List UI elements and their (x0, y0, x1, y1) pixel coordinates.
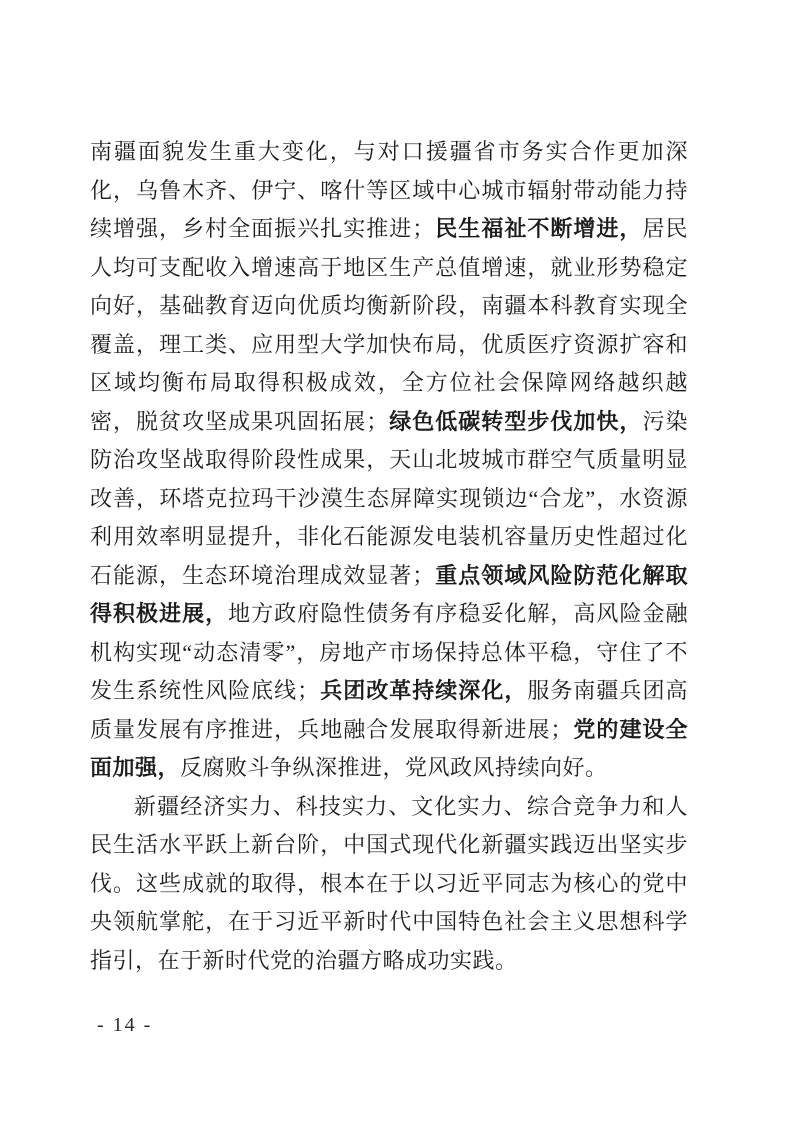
emphasis-run: 兵团改革持续深化， (320, 678, 528, 703)
text-run: 新疆经济实力、科技实力、文化实力、综合竞争力和人民生活水平跃上新台阶，中国式现代… (90, 794, 688, 973)
page-number: - 14 - (97, 1012, 152, 1038)
document-body: 南疆面貌发生重大变化，与对口援疆省市务实合作更加深化，乌鲁木齐、伊宁、喀什等区域… (90, 133, 688, 980)
text-run: 污染防治攻坚战取得阶段性成果，天山北坡城市群空气质量明显改善，环塔克拉玛干沙漠生… (90, 409, 688, 588)
paragraph: 南疆面貌发生重大变化，与对口援疆省市务实合作更加深化，乌鲁木齐、伊宁、喀什等区域… (90, 133, 688, 788)
text-run: 居民人均可支配收入增速高于地区生产总值增速，就业形势稳定向好，基础教育迈向优质均… (90, 216, 688, 434)
document-page: 南疆面貌发生重大变化，与对口援疆省市务实合作更加深化，乌鲁木齐、伊宁、喀什等区域… (0, 0, 793, 1122)
paragraph: 新疆经济实力、科技实力、文化实力、综合竞争力和人民生活水平跃上新台阶，中国式现代… (90, 788, 688, 981)
emphasis-run: 民生福祉不断增进， (435, 216, 643, 241)
text-run: 反腐败斗争纵深推进，党风政风持续向好。 (180, 755, 608, 780)
emphasis-run: 绿色低碳转型步伐加快， (389, 409, 643, 434)
